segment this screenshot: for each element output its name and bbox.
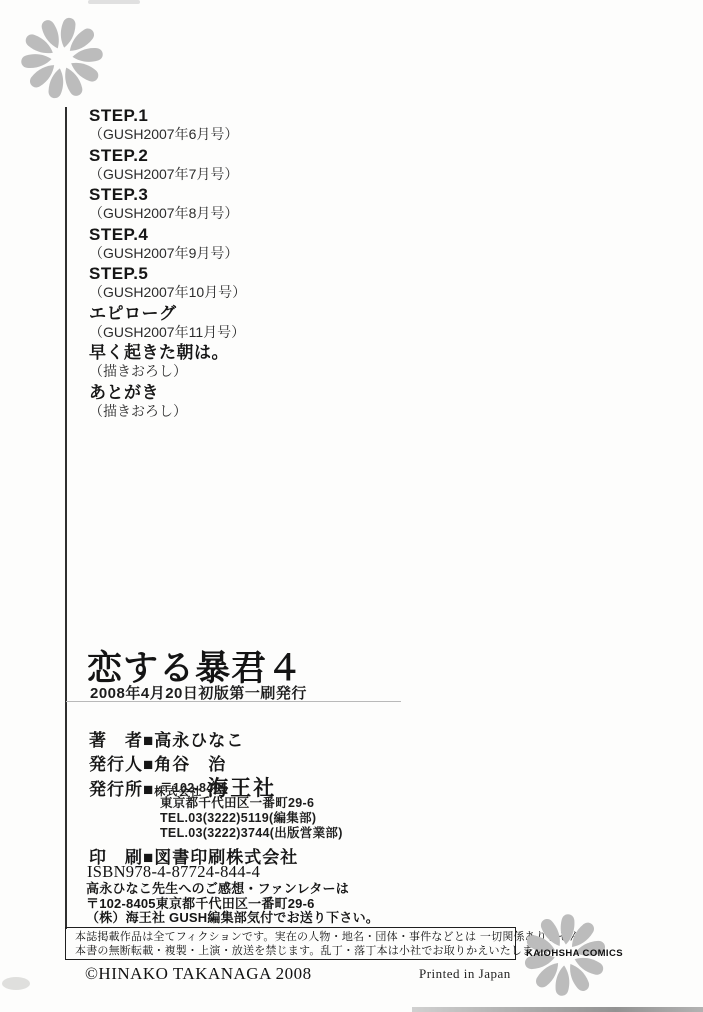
flower-ornament-top-left <box>14 10 110 106</box>
chapter-source: （GUSH2007年11月号） <box>89 324 389 340</box>
scan-artifact-bottom-edge <box>412 1007 703 1012</box>
disclaimer-line: 本書の無断転載・複製・上演・放送を禁じます。乱丁・落丁本は小社でお取りかえいたし… <box>75 944 509 958</box>
left-vertical-rule <box>65 107 67 929</box>
publisher-tel-editorial: TEL.03(3222)5119(編集部) <box>160 811 316 826</box>
chapter-title: STEP.1 <box>89 106 389 126</box>
chapter-title: 早く起きた朝は。 <box>89 343 389 363</box>
printed-in-japan: Printed in Japan <box>419 966 511 982</box>
toc-entry: エピローグ （GUSH2007年11月号） <box>89 304 389 341</box>
toc-entry: STEP.4 （GUSH2007年9月号） <box>89 225 389 262</box>
disclaimer-box: 本誌掲載作品は全てフィクションです。実在の人物・地名・団体・事件などとは 一切関… <box>65 927 516 960</box>
chapter-title: STEP.2 <box>89 146 389 166</box>
fan-letter-line: 高永ひなこ先生へのご感想・ファンレターは <box>86 882 379 897</box>
scan-artifact-bottom-left <box>2 977 30 990</box>
isbn-number: ISBN978-4-87724-844-4 <box>87 862 260 882</box>
toc-entry: あとがき （描きおろし） <box>89 383 389 420</box>
author-name: 高永ひなこ <box>154 731 244 750</box>
imprint-logo-text: KAIOHSHA COMICS <box>526 948 623 959</box>
chapter-title: STEP.5 <box>89 264 389 284</box>
chapter-source: （GUSH2007年7月号） <box>89 166 389 182</box>
toc-entry: STEP.5 （GUSH2007年10月号） <box>89 264 389 301</box>
toc-entry: STEP.2 （GUSH2007年7月号） <box>89 146 389 183</box>
chapter-source: （描きおろし） <box>89 363 389 379</box>
toc-entry: STEP.3 （GUSH2007年8月号） <box>89 185 389 222</box>
publisher-tel-sales: TEL.03(3222)3744(出版営業部) <box>160 826 343 841</box>
chapter-source: （GUSH2007年9月号） <box>89 245 389 261</box>
toc-entry: 早く起きた朝は。 （描きおろし） <box>89 343 389 380</box>
chapter-source: （GUSH2007年10月号） <box>89 284 389 300</box>
fan-letter-line: （株）海王社 GUSH編集部気付でお送り下さい。 <box>86 911 379 926</box>
colophon-page: STEP.1 （GUSH2007年6月号） STEP.2 （GUSH2007年7… <box>0 0 703 1012</box>
scan-artifact-top <box>88 0 140 4</box>
publisher-postcode: 〒102-8405 <box>160 781 228 796</box>
author-row: 著 者■高永ひなこ <box>89 726 244 751</box>
disclaimer-line: 本誌掲載作品は全てフィクションです。実在の人物・地名・団体・事件などとは 一切関… <box>75 930 509 944</box>
publisher-address: 東京都千代田区一番町29-6 <box>160 796 314 811</box>
chapter-title: STEP.3 <box>89 185 389 205</box>
chapter-title: エピローグ <box>89 304 389 324</box>
chapter-source: （GUSH2007年8月号） <box>89 205 389 221</box>
edition-date: 2008年4月20日初版第一刷発行 <box>90 682 307 703</box>
chapter-title: STEP.4 <box>89 225 389 245</box>
chapter-source: （GUSH2007年6月号） <box>89 126 389 142</box>
toc-entry: STEP.1 （GUSH2007年6月号） <box>89 106 389 143</box>
fan-letter-line: 〒102-8405東京都千代田区一番町29-6 <box>86 897 379 912</box>
copyright-notice: ©HINAKO TAKANAGA 2008 <box>85 964 312 984</box>
author-label: 著 者■ <box>89 731 154 750</box>
fan-letter-info: 高永ひなこ先生へのご感想・ファンレターは 〒102-8405東京都千代田区一番町… <box>86 882 379 926</box>
table-of-contents: STEP.1 （GUSH2007年6月号） STEP.2 （GUSH2007年7… <box>89 106 389 422</box>
chapter-title: あとがき <box>89 383 389 403</box>
publisher-label: 発行所■ <box>89 780 154 799</box>
chapter-source: （描きおろし） <box>89 403 389 419</box>
